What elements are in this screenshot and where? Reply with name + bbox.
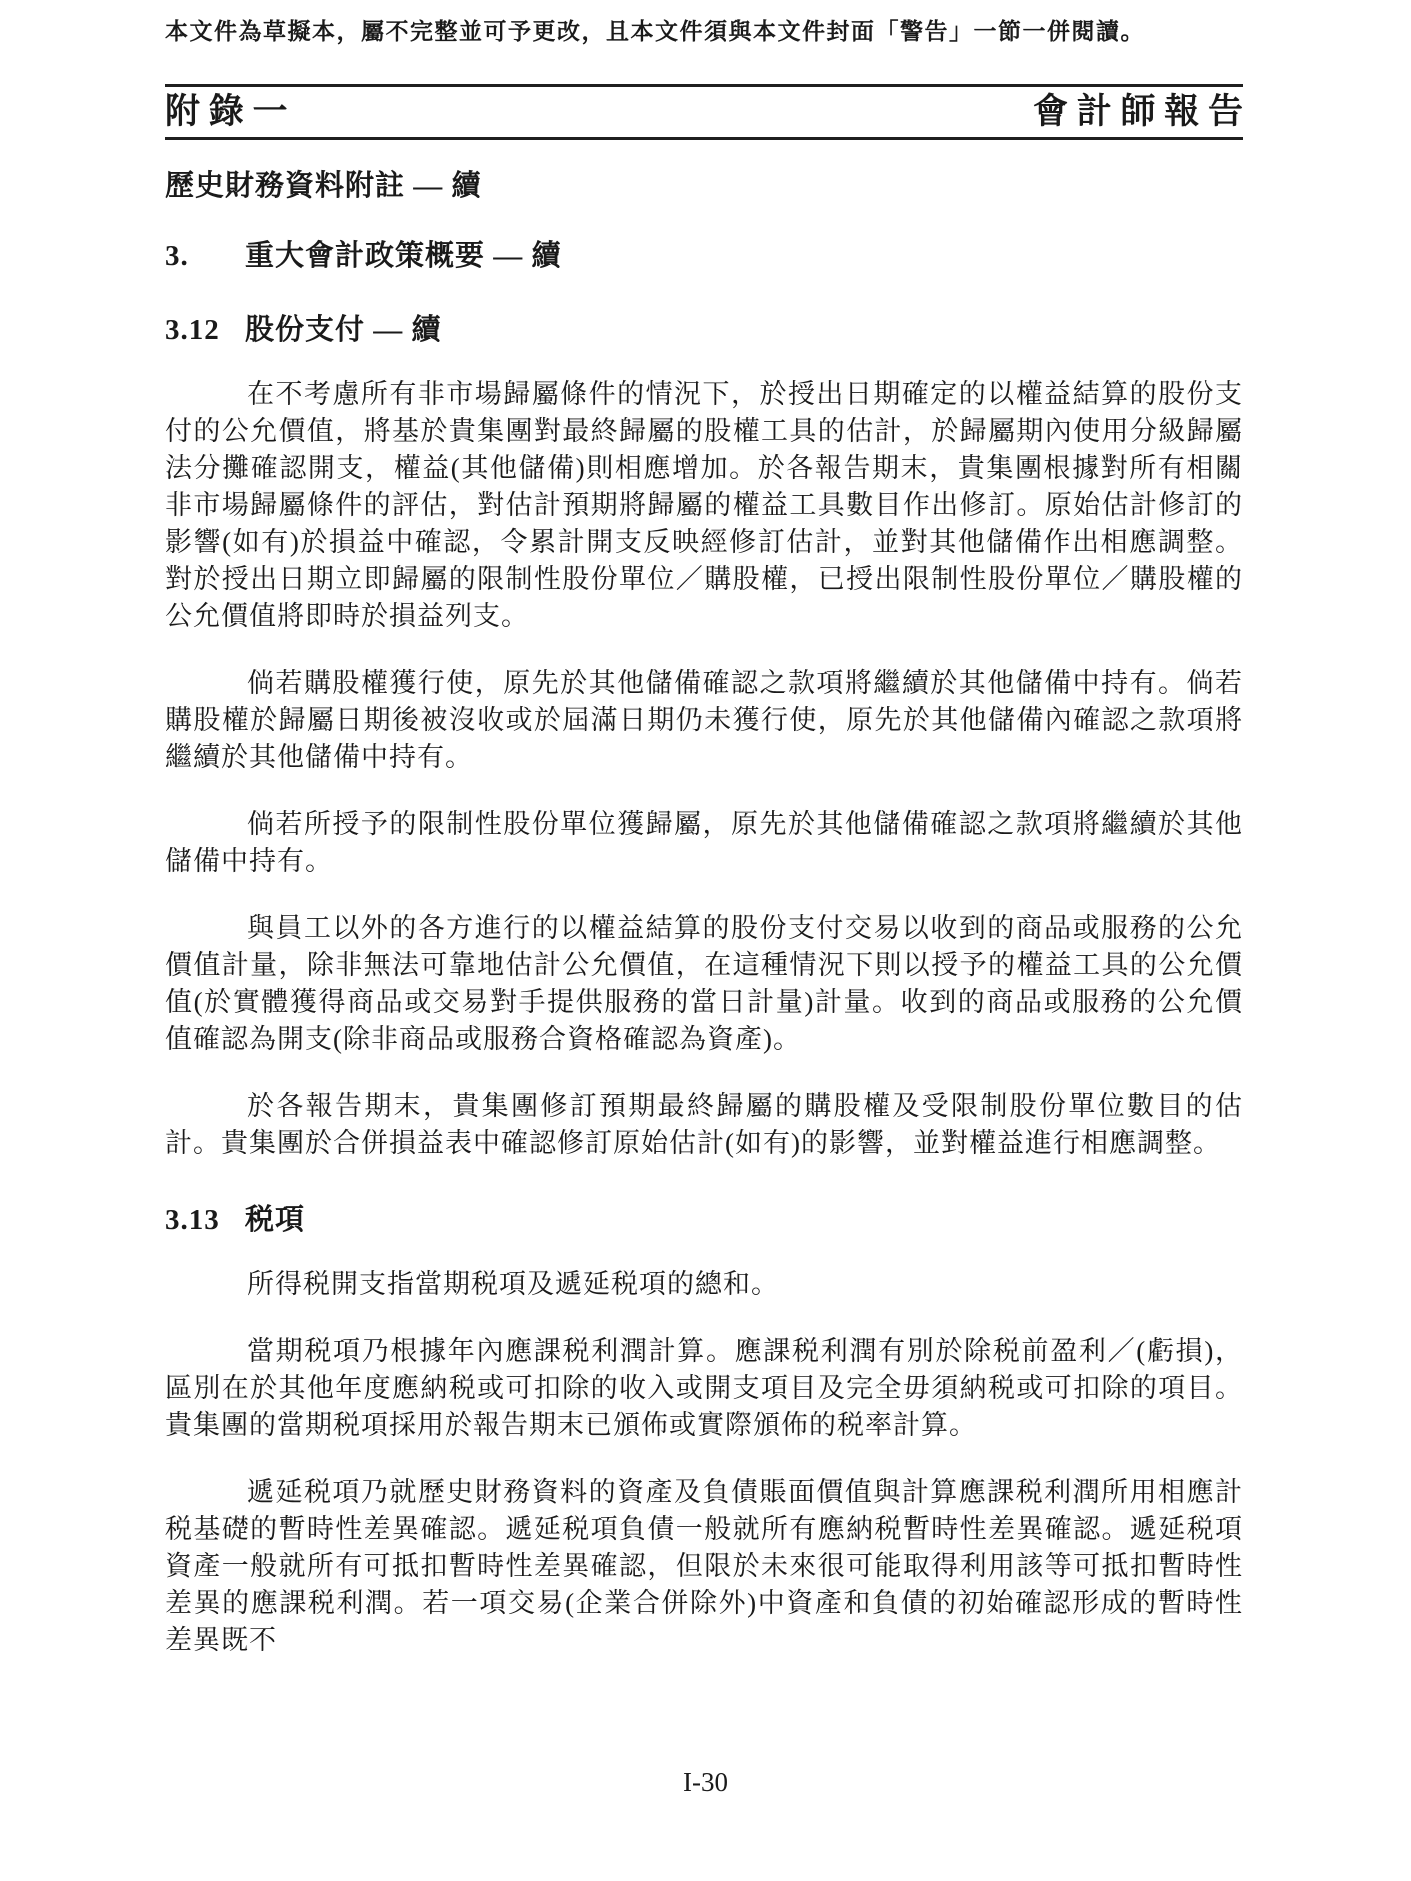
paragraph-share-payment-1: 在不考慮所有非市場歸屬條件的情況下，於授出日期確定的以權益結算的股份支付的公允價… <box>165 376 1243 635</box>
paragraph-tax-3: 遞延税項乃就歷史財務資料的資產及負債賬面價值與計算應課税利潤所用相應計税基礎的暫… <box>165 1474 1243 1659</box>
section-3-12-number: 3.12 <box>165 314 245 346</box>
paragraph-share-payment-3: 倘若所授予的限制性股份單位獲歸屬，原先於其他儲備確認之款項將繼續於其他儲備中持有… <box>165 806 1243 880</box>
section-3-13-title: 税項 <box>245 1204 305 1236</box>
draft-disclaimer-text: 本文件為草擬本，屬不完整並可予更改，且本文件須與本文件封面「警告」一節一併閱讀。 <box>165 16 1243 48</box>
paragraph-share-payment-2: 倘若購股權獲行使，原先於其他儲備確認之款項將繼續於其他儲備中持有。倘若購股權於歸… <box>165 665 1243 776</box>
report-title-label: 會 計 師 報 告 <box>1033 92 1243 132</box>
section-3-13-number: 3.13 <box>165 1204 245 1236</box>
section-3-12-title: 股份支付 — 續 <box>245 314 442 346</box>
paragraph-tax-1: 所得税開支指當期税項及遞延税項的總和。 <box>165 1266 1243 1303</box>
section-3-heading: 3. 重大會計政策概要 — 續 <box>165 240 1243 272</box>
section-3-number: 3. <box>165 240 245 272</box>
paragraph-share-payment-4: 與員工以外的各方進行的以權益結算的股份支付交易以收到的商品或服務的公允價值計量，… <box>165 910 1243 1058</box>
paragraph-tax-2: 當期税項乃根據年內應課税利潤計算。應課税利潤有別於除税前盈利／(虧損)，區別在於… <box>165 1333 1243 1444</box>
appendix-label: 附 錄 一 <box>165 92 288 132</box>
notes-continued-heading: 歷史財務資料附註 — 續 <box>165 170 1243 202</box>
page-header: 附 錄 一 會 計 師 報 告 <box>165 84 1243 140</box>
paragraph-share-payment-5: 於各報告期末，貴集團修訂預期最終歸屬的購股權及受限制股份單位數目的估計。貴集團於… <box>165 1088 1243 1162</box>
document-page: 本文件為草擬本，屬不完整並可予更改，且本文件須與本文件封面「警告」一節一併閱讀。… <box>0 0 1411 1881</box>
section-3-title: 重大會計政策概要 — 續 <box>245 240 562 272</box>
section-3-12-heading: 3.12 股份支付 — 續 <box>165 314 1243 346</box>
section-3-13-heading: 3.13 税項 <box>165 1204 1243 1236</box>
page-number: I-30 <box>0 1766 1411 1798</box>
